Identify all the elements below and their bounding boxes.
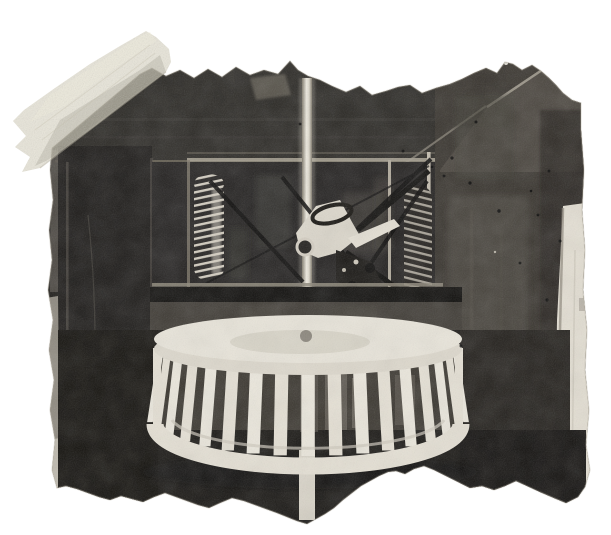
photo-content <box>40 50 600 535</box>
grain-fine <box>40 50 600 535</box>
photo-scan-canvas: Black-and-white photograph with torn, ra… <box>0 0 611 535</box>
torn-photograph: Black-and-white photograph with torn, ra… <box>0 0 611 535</box>
